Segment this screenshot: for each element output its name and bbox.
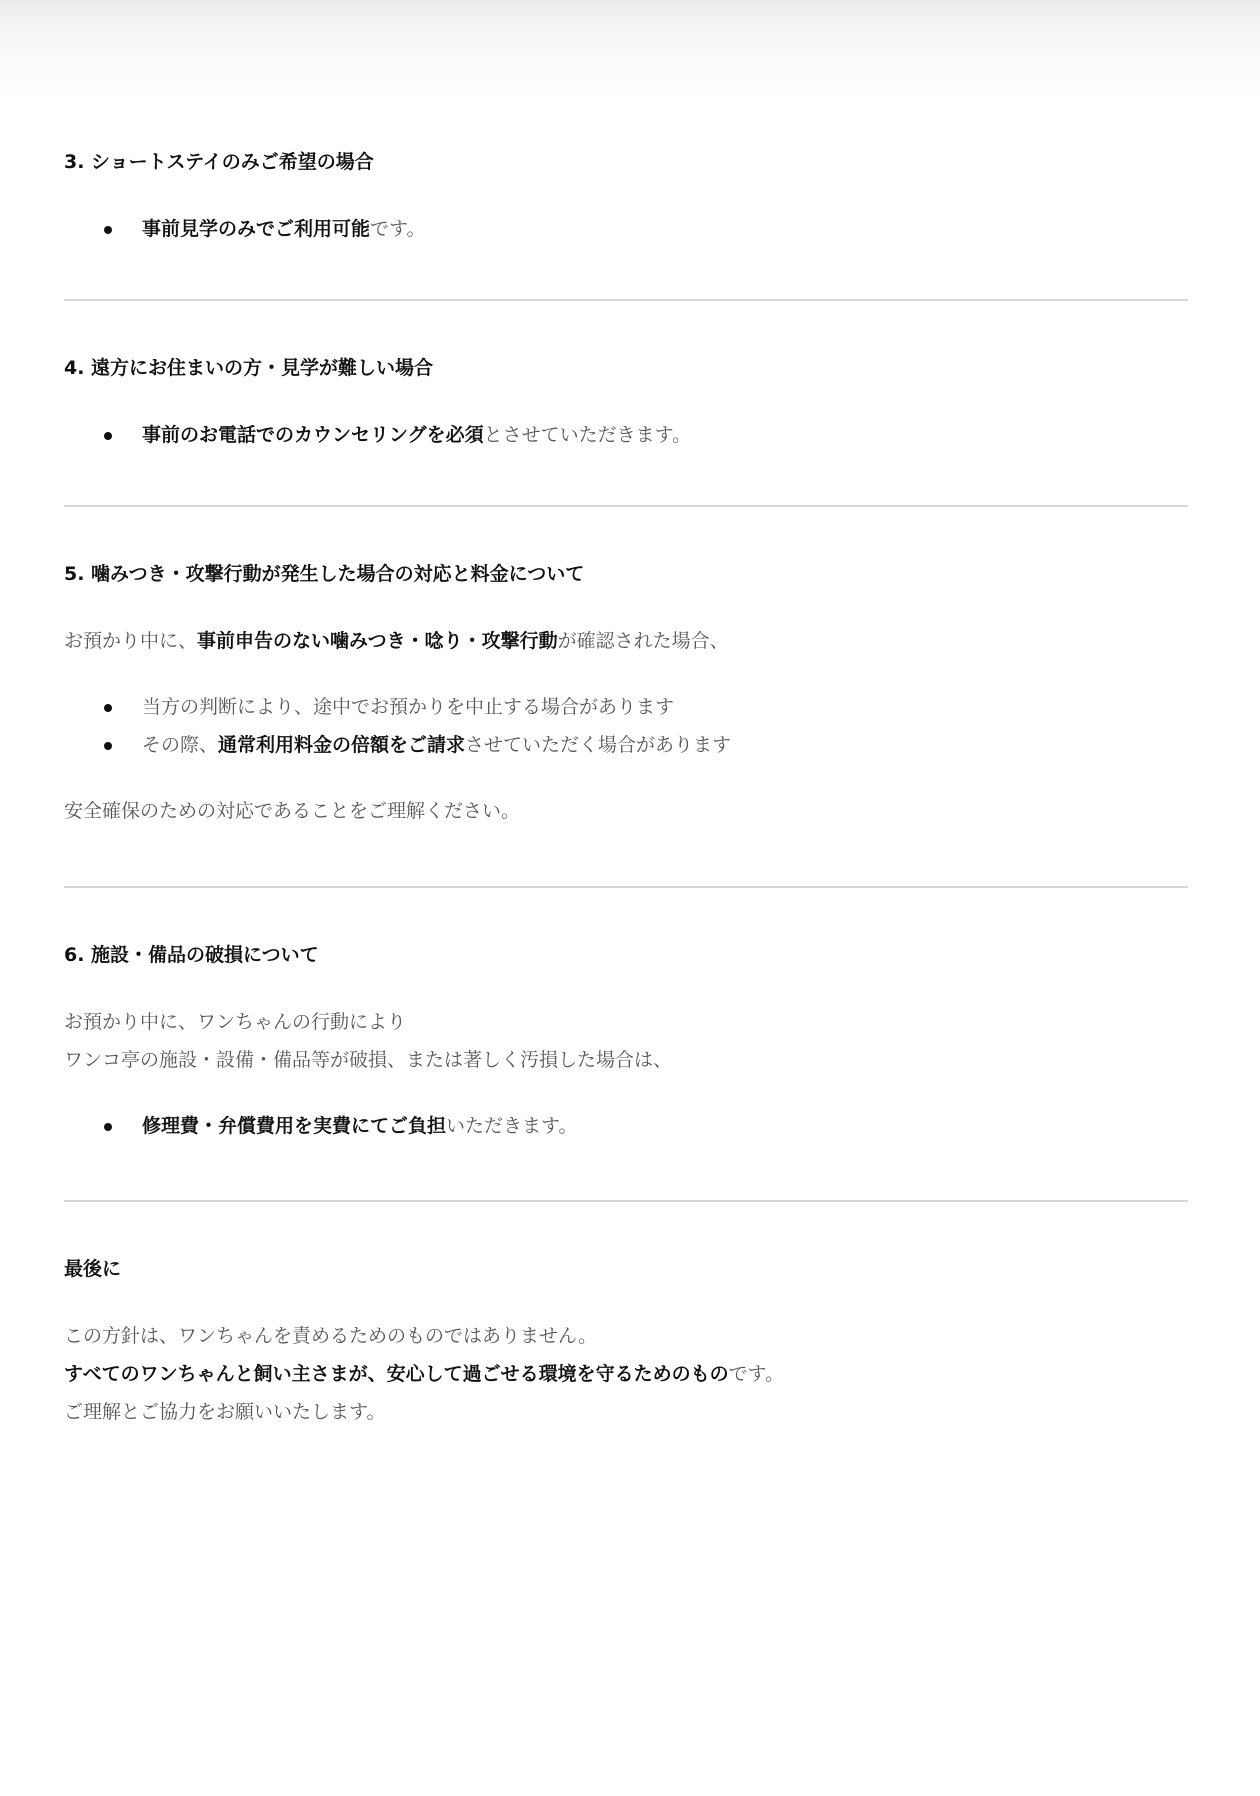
closing-line: ご理解とご協力をお願いいたします。: [64, 1393, 1188, 1431]
list-item: 修理費・弁償費用を実費にてご負担いただきます。: [64, 1107, 1188, 1145]
bullet-list: 当方の判断により、途中でお預かりを中止する場合があります その際、通常利用料金の…: [64, 688, 1188, 764]
bullet-dot-icon: [104, 432, 112, 440]
bullet-dot-icon: [104, 1123, 112, 1131]
section-divider: [64, 505, 1188, 507]
emphasis-text: 事前のお電話でのカウンセリングを必須: [142, 424, 484, 446]
section-heading: 4. 遠方にお住まいの方・見学が難しい場合: [64, 354, 1188, 382]
emphasis-text: 通常利用料金の倍額をご請求: [218, 734, 465, 756]
section-heading: 最後に: [64, 1255, 1188, 1283]
section-divider: [64, 1200, 1188, 1202]
section-divider: [64, 886, 1188, 888]
top-scroll-shadow: [0, 0, 1260, 100]
closing-line: すべてのワンちゃんと飼い主さまが、安心して過ごせる環境を守るためのものです。: [64, 1355, 1188, 1393]
list-item: 事前見学のみでご利用可能です。: [64, 210, 1188, 248]
section-intro: お預かり中に、事前申告のない噛みつき・唸り・攻撃行動が確認された場合、: [64, 622, 1188, 660]
section-intro-line: ワンコ亭の施設・設備・備品等が破損、または著しく汚損した場合は、: [64, 1041, 1188, 1079]
section-outro: 安全確保のための対応であることをご理解ください。: [64, 792, 1188, 830]
section-facility-damage: 6. 施設・備品の破損について お預かり中に、ワンちゃんの行動により ワンコ亭の…: [64, 941, 1188, 1145]
list-item: 事前のお電話でのカウンセリングを必須とさせていただきます。: [64, 416, 1188, 454]
section-biting-aggression: 5. 噛みつき・攻撃行動が発生した場合の対応と料金について お預かり中に、事前申…: [64, 560, 1188, 830]
bullet-list: 事前のお電話でのカウンセリングを必須とさせていただきます。: [64, 416, 1188, 454]
section-heading: 5. 噛みつき・攻撃行動が発生した場合の対応と料金について: [64, 560, 1188, 588]
section-closing: 最後に この方針は、ワンちゃんを責めるためのものではありません。 すべてのワンち…: [64, 1255, 1188, 1431]
emphasis-text: すべてのワンちゃんと飼い主さまが、安心して過ごせる環境を守るためのもの: [64, 1363, 729, 1385]
section-remote-residents: 4. 遠方にお住まいの方・見学が難しい場合 事前のお電話でのカウンセリングを必須…: [64, 354, 1188, 454]
bullet-dot-icon: [104, 226, 112, 234]
bullet-list: 事前見学のみでご利用可能です。: [64, 210, 1188, 248]
section-heading: 6. 施設・備品の破損について: [64, 941, 1188, 969]
emphasis-text: 修理費・弁償費用を実費にてご負担: [142, 1115, 446, 1137]
list-item: その際、通常利用料金の倍額をご請求させていただく場合があります: [64, 726, 1188, 764]
section-heading: 3. ショートステイのみご希望の場合: [64, 148, 1188, 176]
closing-line: この方針は、ワンちゃんを責めるためのものではありません。: [64, 1317, 1188, 1355]
emphasis-text: 事前申告のない噛みつき・唸り・攻撃行動: [197, 630, 558, 652]
bullet-dot-icon: [104, 742, 112, 750]
section-intro-line: お預かり中に、ワンちゃんの行動により: [64, 1003, 1188, 1041]
bullet-list: 修理費・弁償費用を実費にてご負担いただきます。: [64, 1107, 1188, 1145]
emphasis-text: 事前見学のみでご利用可能: [142, 218, 370, 240]
section-short-stay: 3. ショートステイのみご希望の場合 事前見学のみでご利用可能です。: [64, 148, 1188, 248]
bullet-dot-icon: [104, 704, 112, 712]
section-divider: [64, 299, 1188, 301]
list-item: 当方の判断により、途中でお預かりを中止する場合があります: [64, 688, 1188, 726]
